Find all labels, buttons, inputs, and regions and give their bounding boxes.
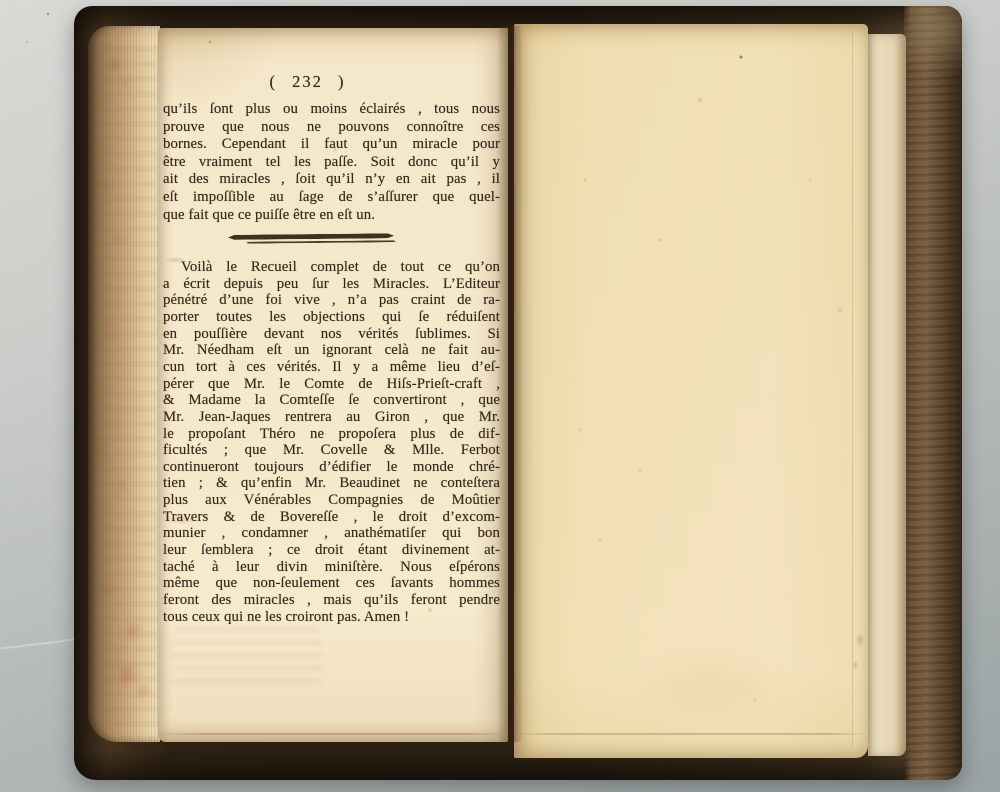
text-line: en pouſſière devant nos vérités ſublimes…	[163, 326, 500, 343]
text-line: plus aux Vénérables Compagnies de Moûtie…	[163, 492, 500, 509]
page-crease	[158, 733, 508, 735]
under-page-edge	[868, 34, 906, 756]
ink-bleedthrough	[172, 628, 322, 692]
text-line: leur ſemblera ; ce droit étant divinemen…	[163, 542, 500, 559]
text-line: & Madame la Comteſſe ſe convertiront , q…	[163, 392, 500, 409]
section-divider-rule	[228, 233, 408, 244]
text-line: feront des miracles , mais qu’ils feront…	[163, 592, 500, 609]
text-line: taché à leur divin miniſtère. Nous eſpér…	[163, 559, 500, 576]
printed-text-block: ( 232 ) qu’ils ſont plus ou moins éclair…	[163, 28, 500, 625]
text-line: a écrit depuis peu ſur les Miracles. L’E…	[163, 276, 500, 293]
text-line: prouve que nous ne pouvons connoître ces	[163, 119, 500, 137]
page-fore-edge	[88, 26, 160, 742]
text-line: ficultés ; que Mr. Covelle & Mlle. Ferbo…	[163, 442, 500, 459]
book-gutter-shadow	[497, 26, 523, 742]
text-line: tous ceux qui ne les croiront pas. Amen …	[163, 609, 500, 626]
text-line: eſt impoſſible au ſage de s’aſſurer que …	[163, 189, 500, 207]
text-line: Voilà le Recueil complet de tout ce qu’o…	[163, 259, 500, 276]
text-line: ait des miracles , ſoit qu’il n’y en ait…	[163, 171, 500, 189]
paragraph-editor-note: Voilà le Recueil complet de tout ce qu’o…	[163, 259, 500, 625]
text-line: continueront toujours d’édifier le monde…	[163, 459, 500, 476]
right-blank-page	[514, 24, 868, 758]
divider-thin-rule	[246, 240, 396, 244]
divider-thick-rule	[228, 233, 394, 240]
text-line: qu’ils ſont plus ou moins éclairés , tou…	[163, 101, 500, 119]
left-page: ( 232 ) qu’ils ſont plus ou moins éclair…	[158, 28, 508, 742]
text-line: Travers & de Bovereſſe , le droit d’exco…	[163, 509, 500, 526]
text-line: être vraiment tel les paſſe. Soit donc q…	[163, 154, 500, 172]
text-line: tien ; & qu’enfin Mr. Beaudinet ne conte…	[163, 475, 500, 492]
text-line: Mr. Néedham eſt un ignorant celà ne fait…	[163, 342, 500, 359]
text-line: cun tort à ces vérités. Il y a même lieu…	[163, 359, 500, 376]
red-sprinkled-edge	[88, 26, 90, 28]
text-line: bornes. Cependant il faut qu’un miracle …	[163, 136, 500, 154]
text-line: pérer que Mr. le Comte de Hiſs-Prieſt-cr…	[163, 376, 500, 393]
page-number: ( 232 )	[139, 72, 476, 92]
page-crease	[514, 733, 868, 735]
text-line: munier , condamner , anathématiſer qui b…	[163, 525, 500, 542]
text-line: Mr. Jean-Jaques rentrera au Giron , que …	[163, 409, 500, 426]
text-line: porter toutes les objections qui ſe rédu…	[163, 309, 500, 326]
photograph-of-open-book: ( 232 ) qu’ils ſont plus ou moins éclair…	[0, 0, 1000, 792]
text-line: le propoſant Théro ne propoſera plus de …	[163, 426, 500, 443]
text-line: que fait que ce puiſſe être en eſt un.	[163, 207, 500, 225]
foxing-stains	[514, 24, 868, 758]
paragraph-continuation: qu’ils ſont plus ou moins éclairés , tou…	[163, 101, 500, 224]
text-line: même que non-ſeulement ces ſavants homme…	[163, 575, 500, 592]
text-line: pénétré d’une foi vive , n’a pas craint …	[163, 292, 500, 309]
